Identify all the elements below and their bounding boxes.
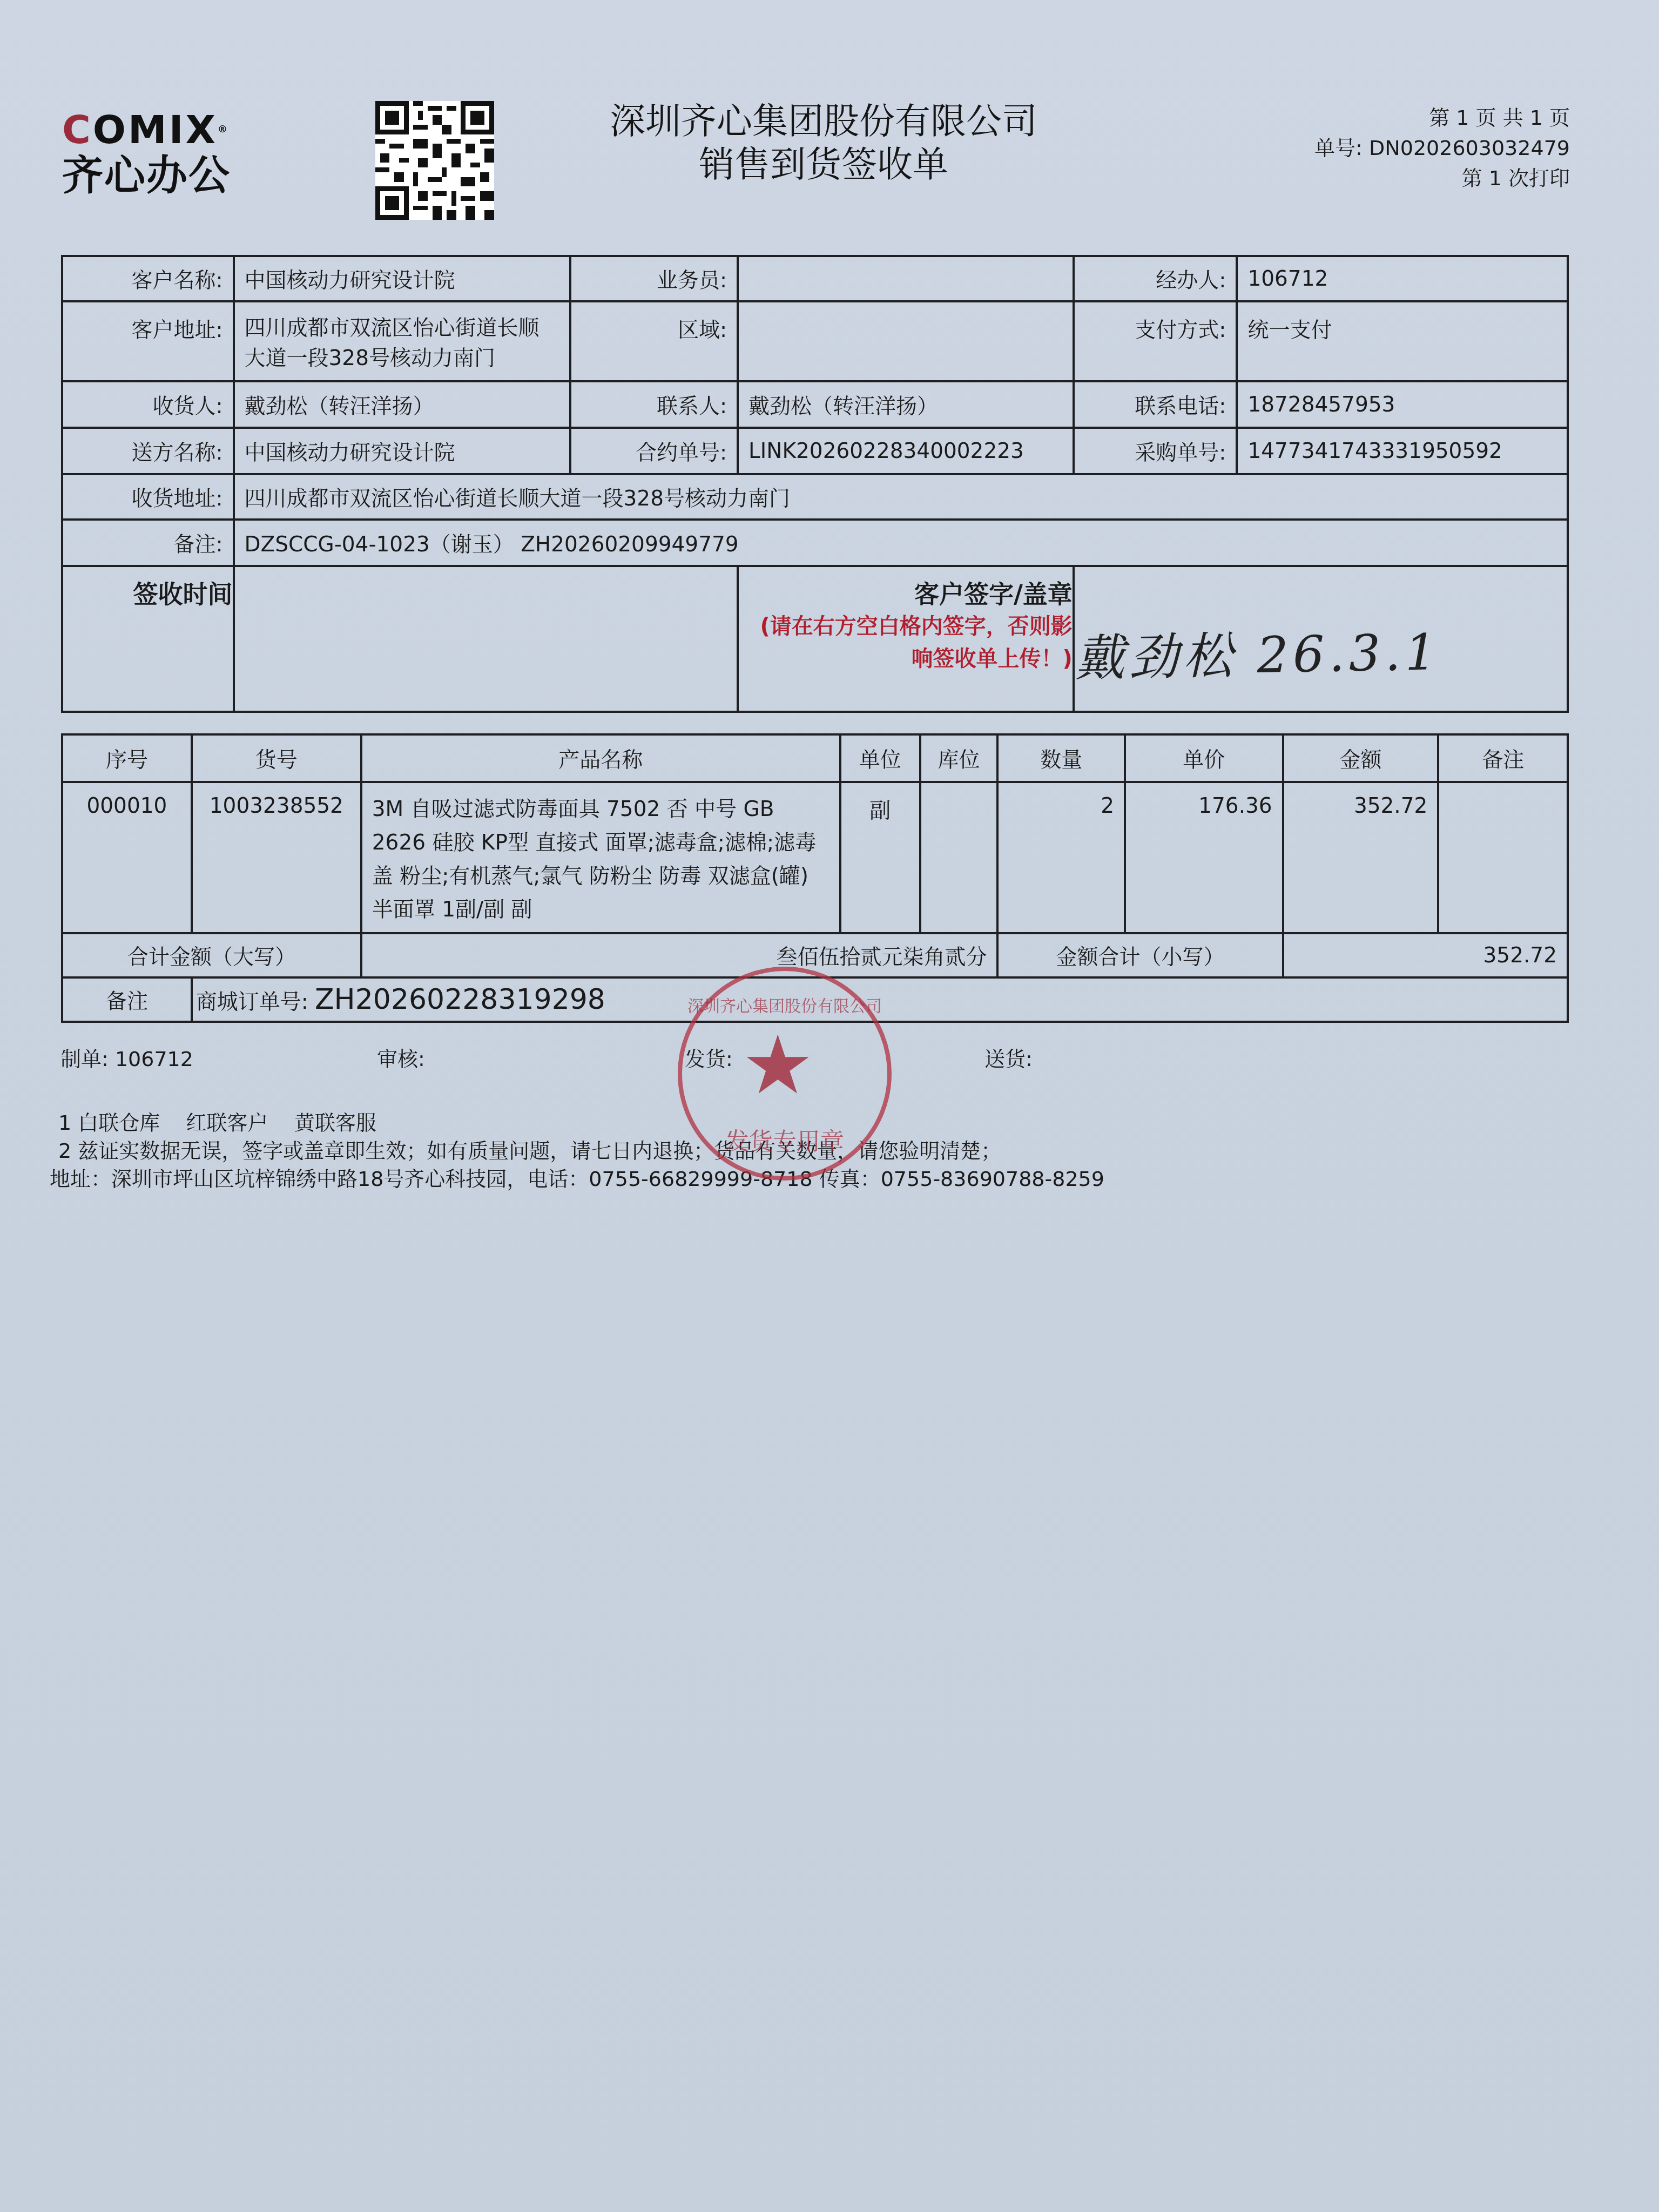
receiver-value: 戴劲松（转汪洋扬） (234, 381, 571, 428)
info-row: 收货人: 戴劲松（转汪洋扬） 联系人: 戴劲松（转汪洋扬） 联系电话: 1872… (62, 381, 1568, 428)
contact-value: 戴劲松（转汪洋扬） (738, 381, 1074, 428)
star-icon: ★ (741, 1025, 814, 1106)
sign-time-label: 签收时间 (62, 566, 234, 712)
col-header-qty: 数量 (997, 734, 1125, 782)
total-lower-label: 金额合计（小写） (997, 933, 1283, 977)
col-header-remark: 备注 (1438, 734, 1568, 782)
handler-label: 经办人: (1074, 256, 1237, 301)
cell-price: 176.36 (1125, 782, 1283, 933)
registered-mark-icon: ® (218, 124, 230, 135)
deliver-label: 送货: (984, 1047, 1033, 1071)
customer-name-value: 中国核动力研究设计院 (234, 256, 571, 301)
delivery-address-label: 收货地址: (62, 474, 234, 520)
total-upper-value: 叁佰伍拾贰元柒角贰分 (361, 933, 998, 977)
region-value (738, 301, 1074, 381)
review: 审核: (377, 1042, 425, 1072)
col-header-price: 单价 (1125, 734, 1283, 782)
print-count: 第 1 次打印 (1314, 163, 1570, 193)
mall-order-label: 商城订单号: (196, 990, 308, 1014)
customer-name-label: 客户名称: (62, 256, 234, 301)
cell-seq: 000010 (62, 782, 192, 933)
sender-label: 送方名称: (62, 428, 234, 474)
phone-label: 联系电话: (1074, 381, 1237, 428)
document-title: 销售到货签收单 (540, 143, 1107, 186)
bottom-remark-label: 备注 (62, 977, 192, 1022)
salesman-value (738, 256, 1074, 301)
logo-text-omix: OMIX (93, 107, 218, 152)
page-info: 第 1 页 共 1 页 (1314, 103, 1570, 133)
maker-label: 制单: (60, 1047, 109, 1071)
seal-bottom-text: 发货专用章 (682, 1122, 887, 1157)
phone-value: 18728457953 (1237, 381, 1568, 428)
document-meta: 第 1 页 共 1 页 单号: DN0202603032479 第 1 次打印 (1314, 103, 1570, 193)
company-name: 深圳齐心集团股份有限公司 (540, 100, 1107, 143)
total-lower-value: 352.72 (1283, 933, 1568, 977)
col-header-location: 库位 (920, 734, 998, 782)
contract-label: 合约单号: (570, 428, 738, 474)
salesman-label: 业务员: (570, 256, 738, 301)
sign-time-label-text: 签收时间 (133, 579, 233, 609)
review-label: 审核: (377, 1047, 425, 1071)
receiver-label: 收货人: (62, 381, 234, 428)
customer-sign-label: 客户签字/盖章 (请在右方空白格内签字，否则影响签收单上传！) (738, 566, 1074, 712)
order-number-value: DN0202603032479 (1369, 136, 1570, 160)
logo-english: COMIX® (62, 108, 246, 151)
total-upper-label: 合计金额（大写） (62, 933, 361, 977)
cell-qty: 2 (997, 782, 1125, 933)
logo-chinese: 齐心办公 (62, 151, 246, 200)
cell-product-name: 3M 自吸过滤式防毒面具 7502 否 中号 GB 2626 硅胶 KP型 直接… (361, 782, 840, 933)
order-number-label: 单号: (1314, 136, 1363, 160)
info-row: 收货地址: 四川成都市双流区怡心街道长顺大道一段328号核动力南门 (62, 474, 1568, 520)
purchase-label: 采购单号: (1074, 428, 1237, 474)
sign-warning-text: (请在右方空白格内签字，否则影响签收单上传！) (748, 610, 1073, 675)
payment-value: 统一支付 (1237, 301, 1568, 381)
qr-code-icon (375, 101, 494, 220)
info-row: 客户地址: 四川成都市双流区怡心街道长顺大道一段328号核动力南门 区域: 支付… (62, 301, 1568, 381)
maker-value: 106712 (115, 1047, 193, 1071)
sign-time-field[interactable] (234, 566, 738, 712)
cell-unit: 副 (840, 782, 920, 933)
col-header-name: 产品名称 (361, 734, 840, 782)
document-header: 深圳齐心集团股份有限公司 销售到货签收单 (540, 100, 1107, 186)
remark-value: DZSCCG-04-1023（谢玉） ZH20260209949779 (234, 520, 1568, 566)
mall-order-value: ZH20260228319298 (315, 983, 605, 1016)
col-header-seq: 序号 (62, 734, 192, 782)
info-row: 备注: DZSCCG-04-1023（谢玉） ZH20260209949779 (62, 520, 1568, 566)
table-row: 000010 1003238552 3M 自吸过滤式防毒面具 7502 否 中号… (62, 782, 1568, 933)
info-row: 送方名称: 中国核动力研究设计院 合约单号: LINK2026022834000… (62, 428, 1568, 474)
col-header-sku: 货号 (192, 734, 361, 782)
handler-value: 106712 (1237, 256, 1568, 301)
customer-sign-title: 客户签字/盖章 (748, 575, 1073, 610)
payment-label: 支付方式: (1074, 301, 1237, 381)
company-logo: COMIX® 齐心办公 (62, 108, 246, 200)
maker: 制单: 106712 (60, 1042, 193, 1072)
contract-value: LINK20260228340002223 (738, 428, 1074, 474)
remark-label: 备注: (62, 520, 234, 566)
items-header-row: 序号 货号 产品名称 单位 库位 数量 单价 金额 备注 (62, 734, 1568, 782)
order-number: 单号: DN0202603032479 (1314, 133, 1570, 163)
contact-label: 联系人: (570, 381, 738, 428)
company-seal: 深圳齐心集团股份有限公司 ★ 发货专用章 (678, 967, 892, 1181)
region-label: 区域: (570, 301, 738, 381)
col-header-amount: 金额 (1283, 734, 1439, 782)
col-header-unit: 单位 (840, 734, 920, 782)
customer-address-label: 客户地址: (62, 301, 234, 381)
cell-amount: 352.72 (1283, 782, 1439, 933)
cell-location (920, 782, 998, 933)
info-row: 客户名称: 中国核动力研究设计院 业务员: 经办人: 106712 (62, 256, 1568, 301)
customer-address-value: 四川成都市双流区怡心街道长顺大道一段328号核动力南门 (234, 301, 571, 381)
seal-top-text: 深圳齐心集团股份有限公司 (682, 993, 887, 1016)
delivery-address-value: 四川成都市双流区怡心街道长顺大道一段328号核动力南门 (234, 474, 1568, 520)
copy-note: 1 白联仓库 红联客户 黄联客服 (58, 1106, 376, 1136)
handwritten-signature: 戴劲松 26.3.1 (1074, 612, 1441, 690)
deliver: 送货: (984, 1042, 1033, 1072)
cell-sku: 1003238552 (192, 782, 361, 933)
logo-letter-c: C (62, 107, 93, 152)
sender-value: 中国核动力研究设计院 (234, 428, 571, 474)
cell-remark (1438, 782, 1568, 933)
purchase-value: 1477341743331950592 (1237, 428, 1568, 474)
company-address: 地址：深圳市坪山区坑梓锦绣中路18号齐心科技园，电话：0755-66829999… (50, 1162, 1104, 1192)
